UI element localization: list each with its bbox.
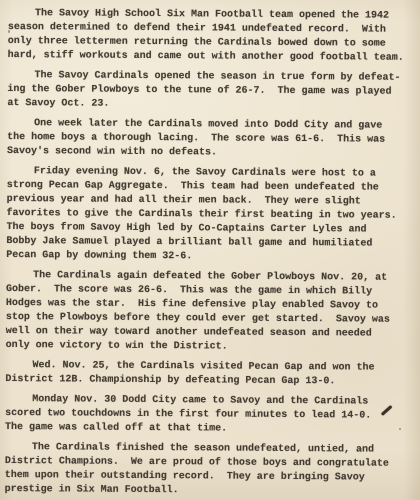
text-line: The game was called off at that time. — [5, 421, 401, 438]
text-line: only one victory to win the District. — [6, 339, 402, 356]
text-line: at Savoy Oct. 23. — [7, 97, 403, 114]
paragraph-district-championship: Wed. Nov. 25, the Cardinals visited Peca… — [5, 359, 401, 390]
paper-speck — [399, 428, 401, 430]
paper-speck — [155, 8, 157, 10]
paragraph-season-summary: The Cardinals finished the season undefe… — [5, 441, 401, 500]
text-line: Pecan Gap by downing them 32-6. — [6, 249, 402, 266]
paragraph-pecan-gap-game: Friday evening Nov. 6, the Savoy Cardina… — [6, 165, 403, 266]
paragraph-dodd-city-game: One week later the Cardinals moved into … — [7, 117, 403, 162]
paragraph-season-opening: The Savoy High School Six Man Football t… — [8, 7, 404, 66]
text-line: prestige in Six Man Football. — [5, 483, 401, 500]
paper-speck — [8, 30, 10, 33]
text-line: Savoy's second win with no defeats. — [7, 145, 403, 162]
document-page: The Savoy High School Six Man Football t… — [0, 0, 420, 500]
text-line: hard, stiff workouts and came out with a… — [8, 49, 404, 66]
paragraph-gober-rematch: The Cardinals again defeated the Gober P… — [6, 269, 403, 356]
text-line: District 12B. Championship by defeating … — [5, 373, 401, 390]
paragraph-gober-game: The Savoy Cardinals opened the season in… — [7, 69, 403, 114]
paragraph-final-game: Monday Nov. 30 Dodd City came to Savoy a… — [5, 393, 401, 438]
typewritten-text: The Savoy High School Six Man Football t… — [5, 7, 405, 500]
